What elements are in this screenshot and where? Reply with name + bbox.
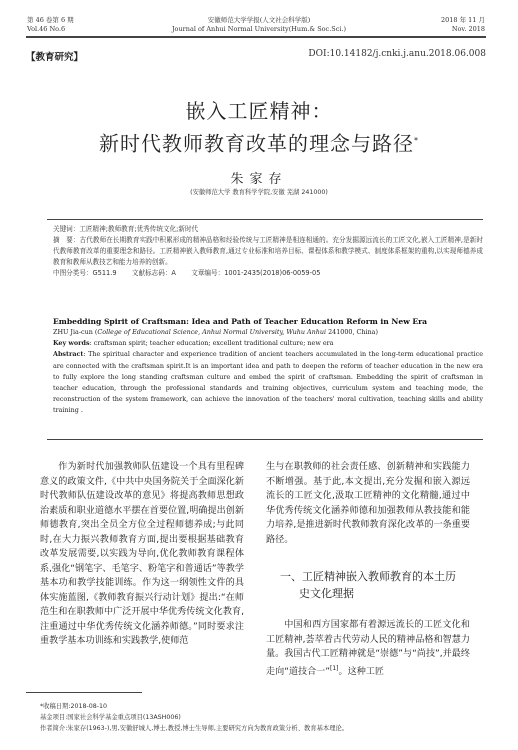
title-footnote-mark[interactable]: * <box>414 136 419 145</box>
abstract-en-label: Abstract <box>53 350 83 358</box>
article-title-line1: 嵌入工匠精神： <box>0 96 518 126</box>
running-header-volume: 第 46 卷第 6 期 Vol.46 No.6 <box>27 16 74 34</box>
footnotes: *收稿日期:2018-08-10 基金项目:国家社会科学基金重点项目(13ASH… <box>40 701 348 734</box>
body-paragraph: 作为新时代加强教师队伍建设一个具有里程碑意义的政策文件,《中共中央国务院关于全面… <box>40 460 244 649</box>
article-title-line2: 新时代教师教育改革的理念与路径* <box>0 126 518 159</box>
abstract-cn-text: 摘 要：古代教师在长期教育实践中积累形成的精神品格和经验传统与工匠精神是相连相通… <box>53 235 483 268</box>
received-date: *收稿日期:2018-08-10 <box>40 701 348 712</box>
keywords-en-label: Key words <box>53 339 90 347</box>
header-rule <box>26 36 486 38</box>
date-en: Nov. 2018 <box>441 25 485 34</box>
section-heading: 一、工匠精神嵌入教师教育的本土历 史文化理据 <box>266 568 470 602</box>
classification-number: 中图分类号：G511.9 <box>53 269 117 277</box>
volume-en: Vol.46 No.6 <box>27 25 74 34</box>
journal-cn: 安徽师范大学学报(人文社会科学版) <box>140 16 378 25</box>
classification-line: 中图分类号：G511.9 文献标志码：A 文章编号：1001-2435(2018… <box>53 268 483 279</box>
body-right-column: 生与在职教师的社会责任感、创新精神和实践能力不断增强。基于此,本文提出,充分发掘… <box>266 460 470 679</box>
english-abstract: Abstract: The spiritual character and ex… <box>53 349 483 416</box>
running-header-journal: 安徽师范大学学报(人文社会科学版) Journal of Anhui Norma… <box>140 16 378 34</box>
date-cn: 2018 年 11 月 <box>441 16 485 25</box>
author-name: 朱家存 <box>0 168 518 187</box>
english-affiliation: College of Educational Science, Anhui No… <box>97 328 326 336</box>
article-number: 文章编号：1001-2435(2018)06-0059-05 <box>191 269 320 277</box>
section-tag: 【教育研究】 <box>26 49 83 63</box>
author-affiliation: (安徽师范大学 教育科学学院,安徽 芜湖 241000) <box>0 187 518 196</box>
body-paragraph-continued: 生与在职教师的社会责任感、创新精神和实践能力不断增强。基于此,本文提出,充分发掘… <box>266 460 470 547</box>
fund-project: 基金项目:国家社会科学基金重点项目(13ASH006) <box>40 712 348 723</box>
citation-link[interactable]: [1] <box>330 665 339 672</box>
english-keywords: Key words: craftsman spirit; teacher edu… <box>53 338 483 349</box>
journal-en: Journal of Anhui Normal University(Hum.&… <box>140 25 378 34</box>
author-bio: 作者简介:朱家存(1963-),男,安徽舒城人,博士,教授,博士生导师,主要研究… <box>40 723 348 734</box>
english-author-line: ZHU Jia-cun (College of Educational Scie… <box>53 327 483 338</box>
keywords-cn: 关键词：工匠精神;教师教育;优秀传统文化;新时代 <box>53 224 483 235</box>
running-header-date: 2018 年 11 月 Nov. 2018 <box>441 16 485 34</box>
english-title: Embedding Spirit of Craftsman: Idea and … <box>53 316 483 327</box>
abstract-cn: 关键词：工匠精神;教师教育;优秀传统文化;新时代 摘 要：古代教师在长期教育实践… <box>53 224 483 279</box>
abstract-en: Embedding Spirit of Craftsman: Idea and … <box>53 316 483 417</box>
volume-cn: 第 46 卷第 6 期 <box>27 16 74 25</box>
abstract-bottom-rule <box>47 439 483 440</box>
doi-link[interactable]: DOI:10.14182/j.cnki.j.anu.2018.06.008 <box>308 49 486 59</box>
body-left-column: 作为新时代加强教师队伍建设一个具有里程碑意义的政策文件,《中共中央国务院关于全面… <box>40 460 244 649</box>
footnote-rule <box>26 692 142 693</box>
abstract-top-rule <box>47 219 483 220</box>
section-paragraph: 中国和西方国家都有着源远流长的工匠文化和工匠精神,荟萃着古代劳动人民的精神品格和… <box>266 618 470 679</box>
abstract-cn-label: 摘 要： <box>53 236 80 244</box>
document-code: 文献标志码：A <box>132 269 176 277</box>
